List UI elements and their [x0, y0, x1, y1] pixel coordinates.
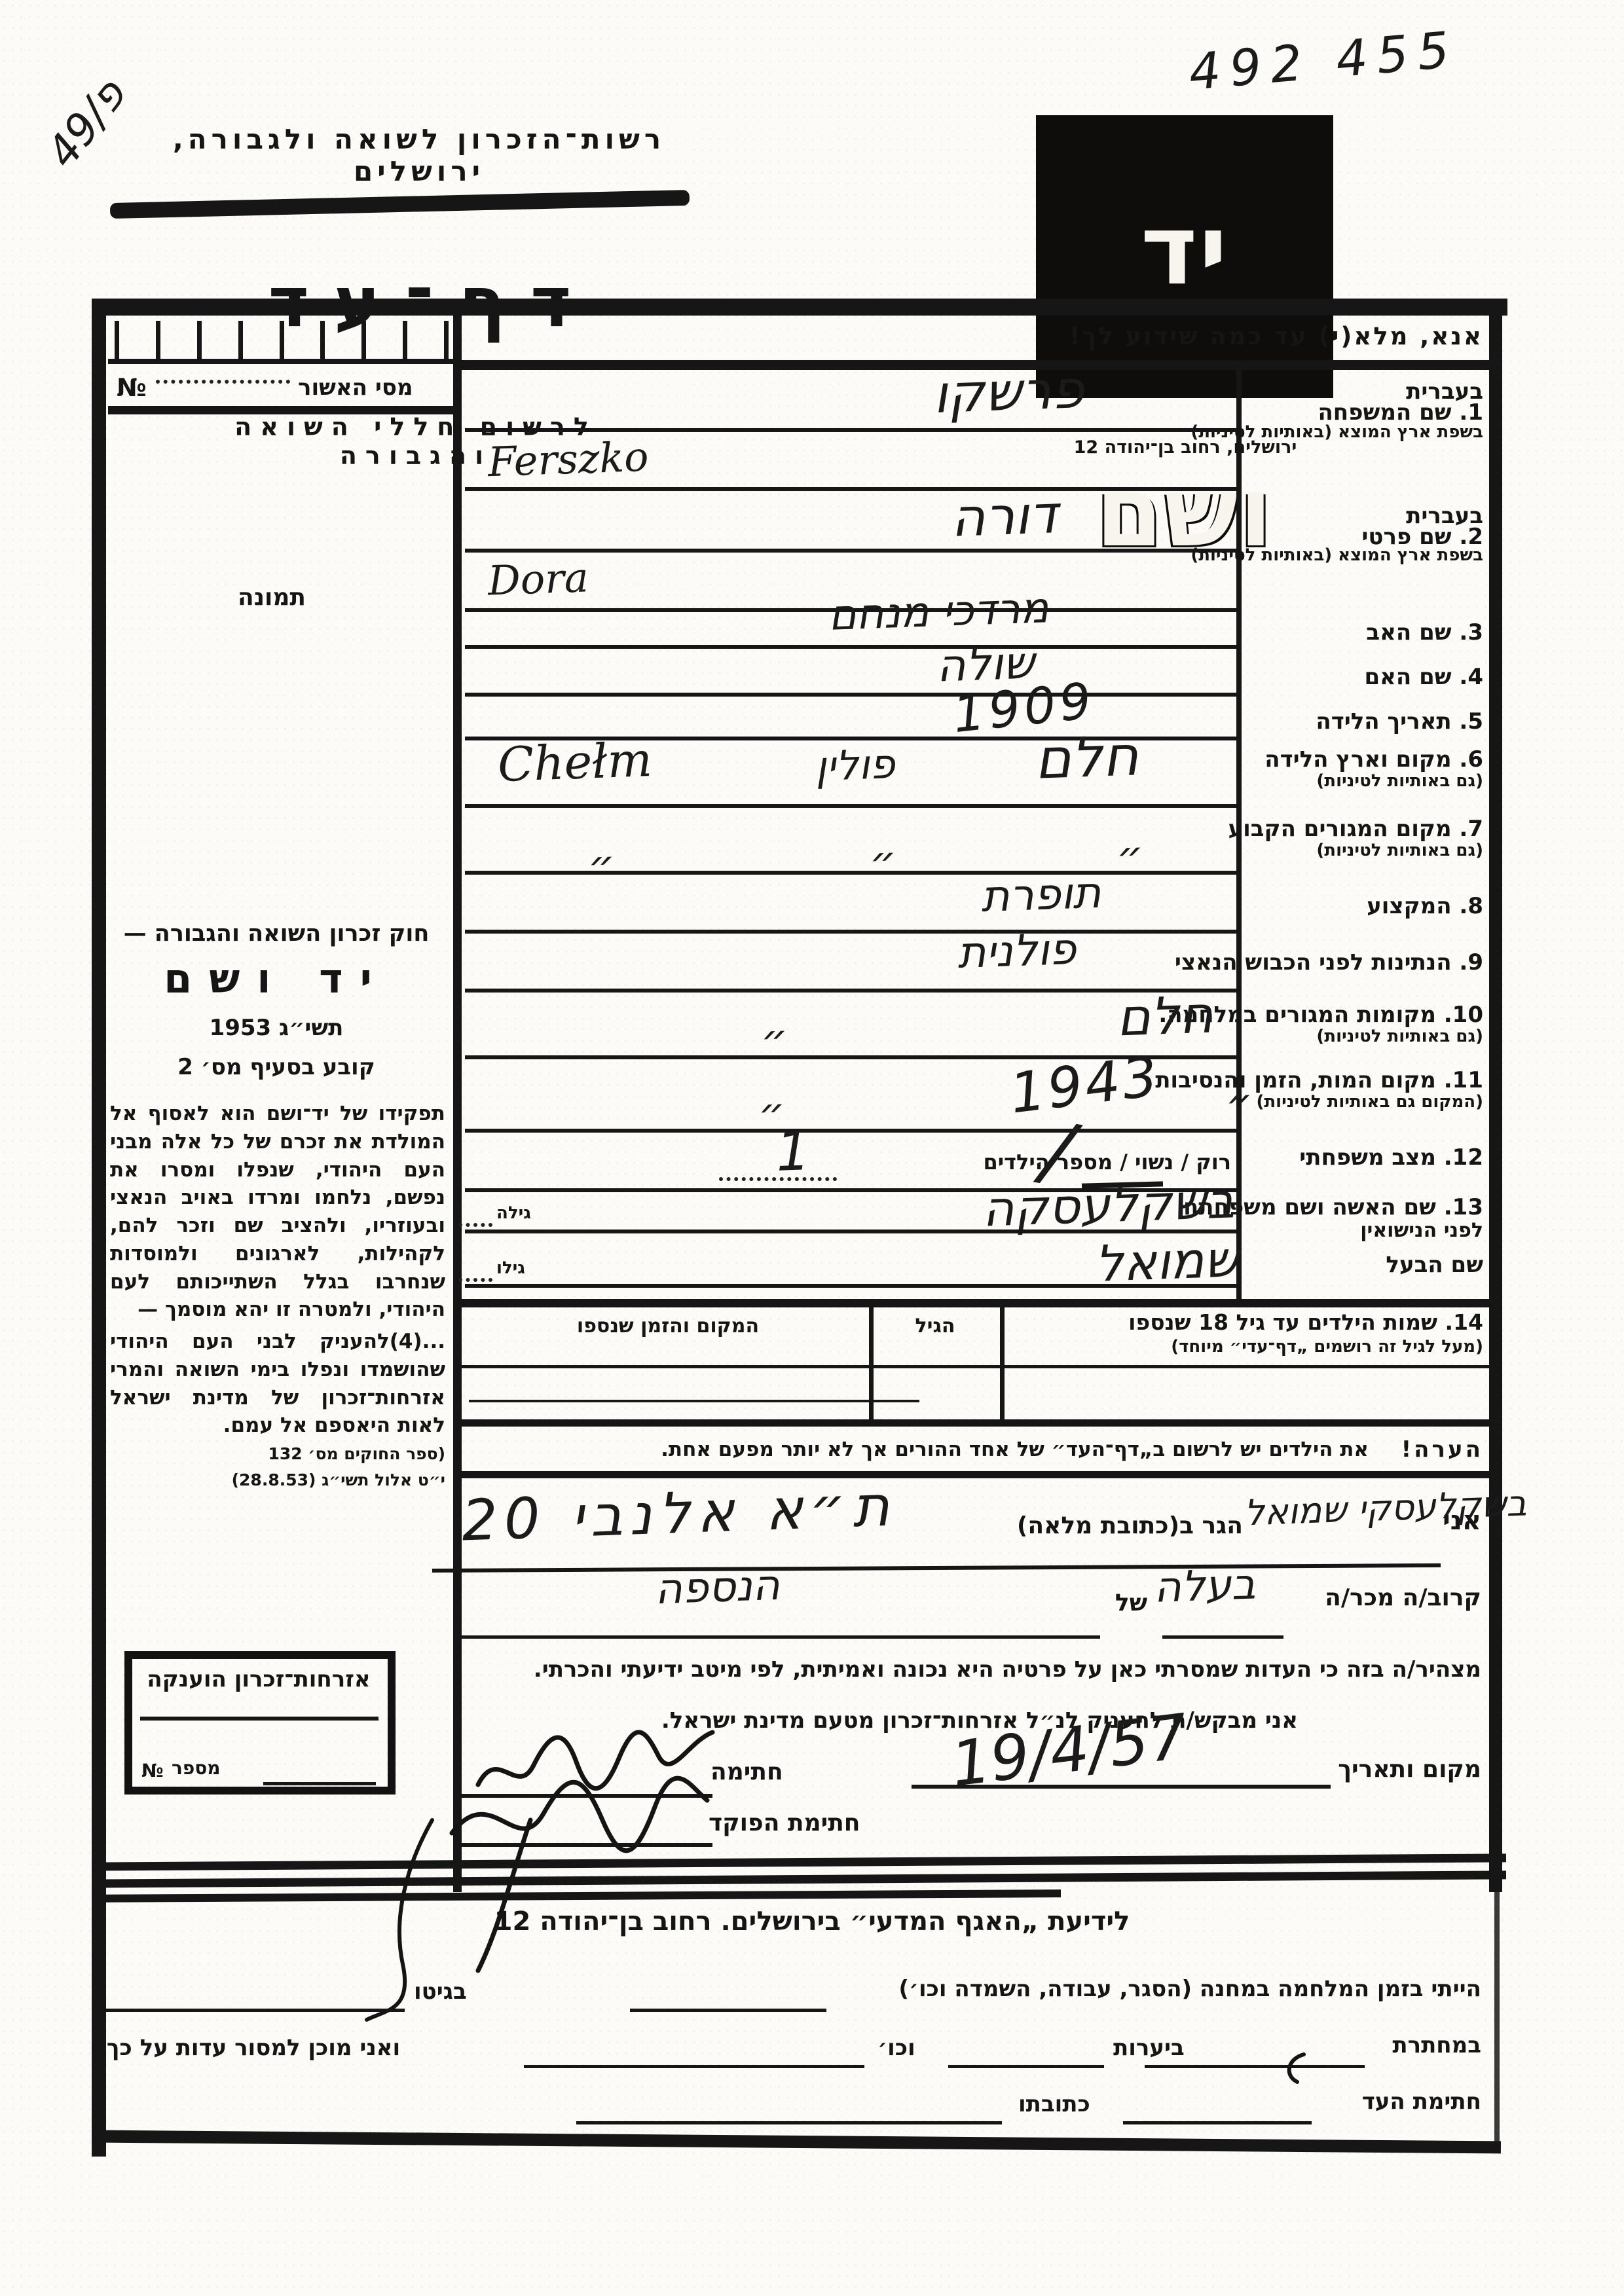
- field12-label: 12. מצב משפחתי: [1299, 1144, 1483, 1171]
- place-date-label: מקום ותאריך: [1338, 1756, 1481, 1783]
- field1-value-latin: Ferszko: [487, 433, 650, 486]
- law-reference-1: (ספר החוקים מס׳ 132: [110, 1444, 445, 1463]
- grant-title: אזרחות־זכרון הוענקה: [136, 1666, 381, 1692]
- table-header-line: [458, 1365, 1496, 1368]
- field2-value-hebrew: דורה: [950, 484, 1058, 549]
- field13-age-dots: [458, 1223, 492, 1227]
- field3-value: מרדכי מנחם: [828, 584, 1050, 640]
- grant-line: [140, 1717, 378, 1721]
- field2-value-latin: Dora: [487, 553, 589, 604]
- field9-label: 9. הנתינות לפני הכבוש הנאצי: [1175, 949, 1483, 975]
- box-border-top: [92, 299, 1507, 316]
- fill-instruction: אנא, מלא(י) עד כמה שידוע לך!: [1069, 322, 1483, 350]
- law-clause: קובע בסעיף מס׳ 2: [106, 1054, 447, 1080]
- field14-sublabel: (מעל לגיל זה רושמים „דף־עדי״ מיוחד): [1171, 1337, 1483, 1357]
- official-signature-line: [458, 1843, 712, 1847]
- field12-options: רוק / נשוי / מספר הילדים: [983, 1150, 1231, 1175]
- of-label: של: [1115, 1590, 1147, 1616]
- field5-label: 5. תאריך הלידה: [1316, 708, 1483, 735]
- field13-age-label: גילה: [496, 1203, 531, 1223]
- relation-value: בעלה: [1153, 1560, 1257, 1612]
- field7-ditto-3: ״: [587, 841, 616, 890]
- corner-note-left: פ/49: [37, 70, 136, 177]
- note-text: את הילדים יש לרשום ב„דף־העד״ של אחד ההור…: [661, 1438, 1369, 1461]
- note-label: הערה!: [1401, 1436, 1483, 1463]
- approval-number-label: מסי האשור: [298, 374, 413, 401]
- witness-sign-line: [1123, 2121, 1312, 2124]
- declaration-line-1: [432, 1563, 1441, 1573]
- field8-line: [465, 930, 1236, 934]
- field12-value: 1: [775, 1120, 811, 1184]
- of-value: הנספה: [654, 1561, 781, 1614]
- husband-label: שם הבעל: [1386, 1252, 1483, 1278]
- field6-sublabel: (גם באותיות לטיניות): [1316, 771, 1483, 791]
- residing-label: הגר ב(כתובת מלאה): [1017, 1512, 1243, 1539]
- table-bottom-line: [458, 1419, 1496, 1427]
- page-bottom-line: [92, 2130, 1501, 2154]
- grant-number-sign: №: [141, 1760, 164, 1781]
- field4-label: 4. שם האם: [1364, 664, 1483, 690]
- photo-placeholder-label: תמונה: [216, 584, 327, 611]
- underground-line: [1145, 2065, 1365, 2068]
- field6-value-latin: Chełm: [497, 732, 653, 792]
- ghetto-label: בגיטו: [414, 1978, 467, 2005]
- ruler-baseline: [108, 359, 453, 364]
- field3-label: 3. שם האב: [1366, 619, 1483, 646]
- relation-line-b: [1162, 1635, 1283, 1639]
- law-title: יד ושם: [106, 955, 447, 1002]
- field10-sublabel: (גם באותיות לטיניות): [1316, 1027, 1483, 1046]
- field14-label: 14. שמות הילדים עד גיל 18 שנספו: [1128, 1309, 1483, 1335]
- column-divider: [453, 299, 462, 1892]
- yad-vashem-logo: יד ושם: [1040, 119, 1329, 394]
- law-heading: חוק זכרון השואה והגבורה —: [106, 920, 447, 947]
- field13-line: [465, 1230, 1236, 1233]
- field7-label: 7. מקום המגורים הקבוע: [1228, 816, 1483, 842]
- field14-col-age: הגיל: [871, 1315, 999, 1338]
- table-divider-2: [869, 1307, 874, 1421]
- field10-value: חלם: [1115, 985, 1213, 1048]
- grant-number-line: [263, 1782, 376, 1785]
- field1-line-hebrew: [465, 428, 1236, 432]
- field6-line: [465, 804, 1236, 808]
- authority-title: רשות־הזכרון לשואה ולגבורה, ירושלים: [154, 123, 684, 187]
- etc-label: וכו׳: [877, 2035, 915, 2061]
- field11-ditto-1: ״: [1225, 1080, 1254, 1129]
- box-border-right: [1489, 299, 1502, 1892]
- corner-note-right: 492 455: [1187, 20, 1460, 101]
- field13-label2: לפני הנישואין: [1360, 1219, 1483, 1242]
- field1-value-hebrew: פרשקו: [932, 359, 1084, 425]
- declarant-name: בשקלעסקי שמואל: [1244, 1482, 1527, 1533]
- testify-label: ואני מוכן למסור עדות על כך.: [98, 2035, 400, 2061]
- field1-sublabel: בשפת ארץ המוצא (באותיות לטיניות): [1190, 422, 1483, 442]
- ruler-ticks: [115, 321, 449, 359]
- field14-col-place: המקום והזמן שנספו: [485, 1315, 851, 1338]
- field13-value: בשקלעסקה: [982, 1173, 1236, 1237]
- bottom-section-title: לידיעת „האגף המדעי״ בירושלים. רחוב בן־יה…: [471, 1906, 1153, 1937]
- witness-sign-label: חתימת העד: [1362, 2088, 1481, 2115]
- field9-value: פולנית: [957, 924, 1077, 978]
- field7-sublabel: (גם באותיות לטיניות): [1316, 841, 1483, 860]
- relation-line-a: [458, 1635, 1100, 1639]
- field11-line: [465, 1129, 1236, 1133]
- law-paragraph-2: ‏...(4)להעניק לבני העם היהודי שהושמדו ונ…: [110, 1328, 445, 1440]
- forests-line: [948, 2065, 1104, 2068]
- husband-age-label: גילו: [496, 1258, 525, 1278]
- official-signature: [432, 1761, 714, 1977]
- field7-line: [465, 871, 1236, 875]
- declarant-address: ת״א אלנבי 20: [460, 1473, 896, 1554]
- grant-number-label: מספר: [172, 1757, 221, 1779]
- box-border-left: [92, 299, 106, 2157]
- authority-underline: [110, 190, 690, 219]
- official-signature-label: חתימת הפוקד: [709, 1810, 860, 1836]
- field1-line-latin: [465, 487, 1236, 491]
- field1-label: 1. שם המשפחה: [1318, 399, 1483, 426]
- field8-value: תופרת: [980, 867, 1102, 922]
- witness-address-label: כתובתו: [1018, 2091, 1090, 2117]
- field6-value-hebrew: חלם: [1033, 723, 1139, 791]
- signature-label: חתימה: [710, 1758, 783, 1785]
- husband-age-dots: [458, 1278, 492, 1282]
- law-reference-2: י״ט אלול תשי״ג (28.8.53): [110, 1470, 445, 1489]
- ghetto-line: [98, 2009, 405, 2012]
- field11-label: 11. מקום המות, הזמן והנסיבות: [1155, 1067, 1483, 1093]
- field4-line: [465, 693, 1236, 697]
- law-year: תשי״ג 1953: [106, 1015, 447, 1041]
- witness-address-line: [576, 2121, 1002, 2124]
- relation-label: קרוב/ה מכר/ה: [1325, 1584, 1481, 1611]
- field8-label: 8. המקצוע: [1367, 893, 1483, 919]
- table-divider-1: [1000, 1307, 1005, 1421]
- forests-label: ביערות: [1113, 2035, 1185, 2061]
- approval-number-sign: №: [117, 373, 147, 402]
- field6-value-country: פולין: [815, 740, 896, 790]
- field7-ditto-2: ״: [869, 837, 898, 886]
- law-paragraph-1: תפקידו של יד־ושם הוא לאסוף אל המולדת את …: [110, 1100, 445, 1324]
- field11-sublabel: (המקום גם באותיות לטיניות): [1257, 1092, 1483, 1112]
- field6-label: 6. מקום וארץ הלידה: [1264, 746, 1483, 773]
- husband-line: [465, 1284, 1236, 1288]
- field2-line-hebrew: [465, 549, 1236, 553]
- box-border-right-lower: [1494, 1892, 1500, 2145]
- place-date-line: [912, 1785, 1331, 1789]
- testimony-page-scan: פ/49 492 455 רשות־הזכרון לשואה ולגבורה, …: [0, 0, 1624, 2296]
- approval-underline: [108, 406, 453, 414]
- approval-number-line: [156, 380, 290, 384]
- rule-table-top: [458, 1299, 1496, 1307]
- declaration-statement: מצהיר/ה בזה כי העדות שמסרתי כאן על פרטיה…: [534, 1656, 1481, 1683]
- war-camp-line: [630, 2009, 826, 2012]
- underground-label: במחתרת: [1392, 2032, 1481, 2058]
- rule-note-bottom: [458, 1471, 1496, 1478]
- etc-line: [524, 2065, 864, 2068]
- separator-line-1: [92, 1853, 1506, 1870]
- separator-line-2: [92, 1870, 1506, 1887]
- small-curl-mark: [1274, 2049, 1314, 2088]
- field3-line: [465, 645, 1236, 649]
- table-row-line: [469, 1400, 919, 1402]
- war-camp-label: הייתי בזמן המלחמה במחנה (הסגר, עבודה, הש…: [898, 1976, 1481, 2002]
